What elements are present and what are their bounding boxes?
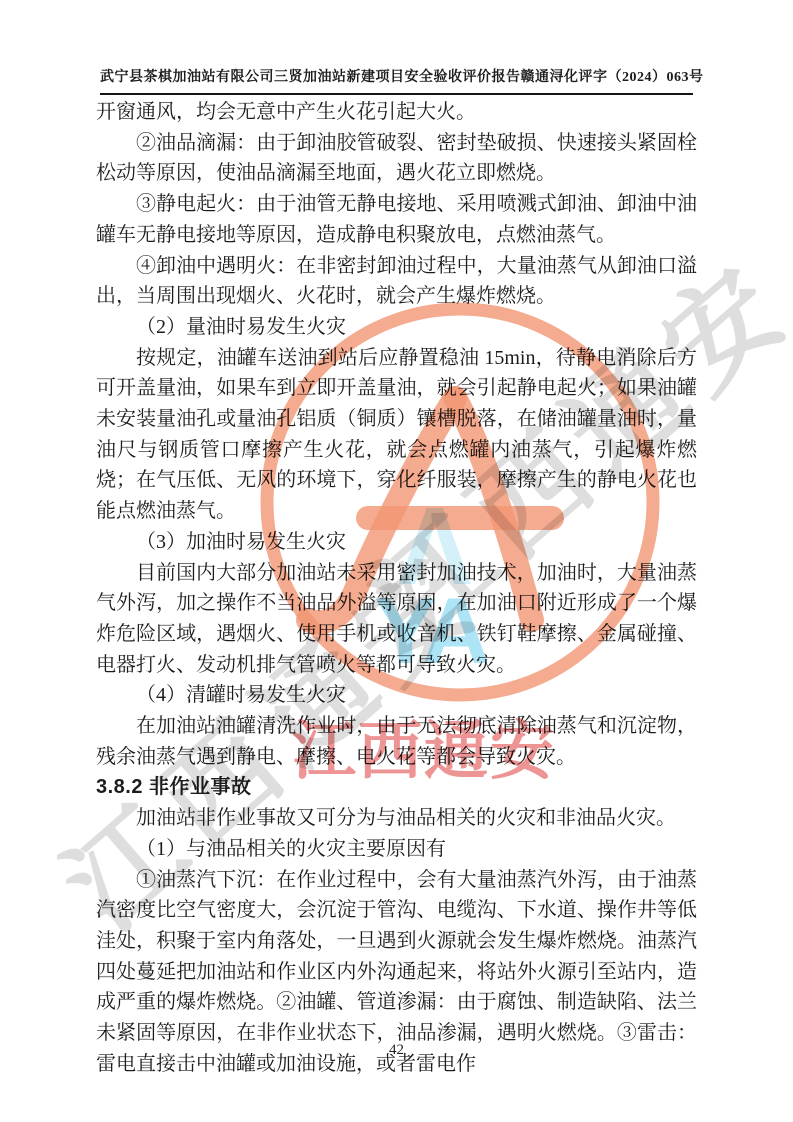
paragraph-tank-cleaning-detail: 在加油站油罐清洗作业时，由于无法彻底清除油蒸气和沉淀物，残余油蒸气遇到静电、摩擦… <box>96 711 697 772</box>
paragraph-measuring-detail: 按规定，油罐车送油到站后应静置稳油 15min，待静电消除后方可开盖量油，如果车… <box>96 343 697 527</box>
document-body: 开窗通风，均会无意中产生火花引起大火。 ②油品滴漏：由于卸油胶管破裂、密封垫破损… <box>96 97 697 1080</box>
paragraph-open-flame: ④卸油中遇明火：在非密封卸油过程中，大量油蒸气从卸油口溢出，当周围出现烟火、火花… <box>96 251 697 312</box>
paragraph-nonwork-intro: 加油站非作业事故又可分为与油品相关的火灾和非油品火灾。 <box>96 803 697 834</box>
header-report-title: 武宁县茶棋加油站有限公司三贤加油站新建项目安全验收评价报告 <box>100 66 521 86</box>
paragraph-continuation: 开窗通风，均会无意中产生火花引起大火。 <box>96 97 697 128</box>
subheading-refueling-fire: （3）加油时易发生火灾 <box>96 527 697 558</box>
section-heading-382: 3.8.2 非作业事故 <box>96 772 697 803</box>
subheading-measuring-fire: （2）量油时易发生火灾 <box>96 312 697 343</box>
paragraph-static-fire: ③静电起火：由于油管无静电接地、采用喷溅式卸油、卸油中油罐车无静电接地等原因，造… <box>96 189 697 250</box>
document-page: 武宁县茶棋加油站有限公司三贤加油站新建项目安全验收评价报告 赣通浔化评字（202… <box>0 0 793 1122</box>
paragraph-oil-drip: ②油品滴漏：由于卸油胶管破裂、密封垫破损、快速接头紧固栓松动等原因，使油品滴漏至… <box>96 128 697 189</box>
subheading-tank-cleaning-fire: （4）清罐时易发生火灾 <box>96 680 697 711</box>
page-number: 42 <box>0 1042 793 1059</box>
paragraph-refueling-detail: 目前国内大部分加油站未采用密封加油技术，加油时，大量油蒸气外泻，加之操作不当油品… <box>96 558 697 681</box>
header-doc-number: 赣通浔化评字（2024）063号 <box>521 66 704 86</box>
page-header: 武宁县茶棋加油站有限公司三贤加油站新建项目安全验收评价报告 赣通浔化评字（202… <box>100 66 693 95</box>
subheading-oil-related-fire: （1）与油品相关的火灾主要原因有 <box>96 834 697 865</box>
